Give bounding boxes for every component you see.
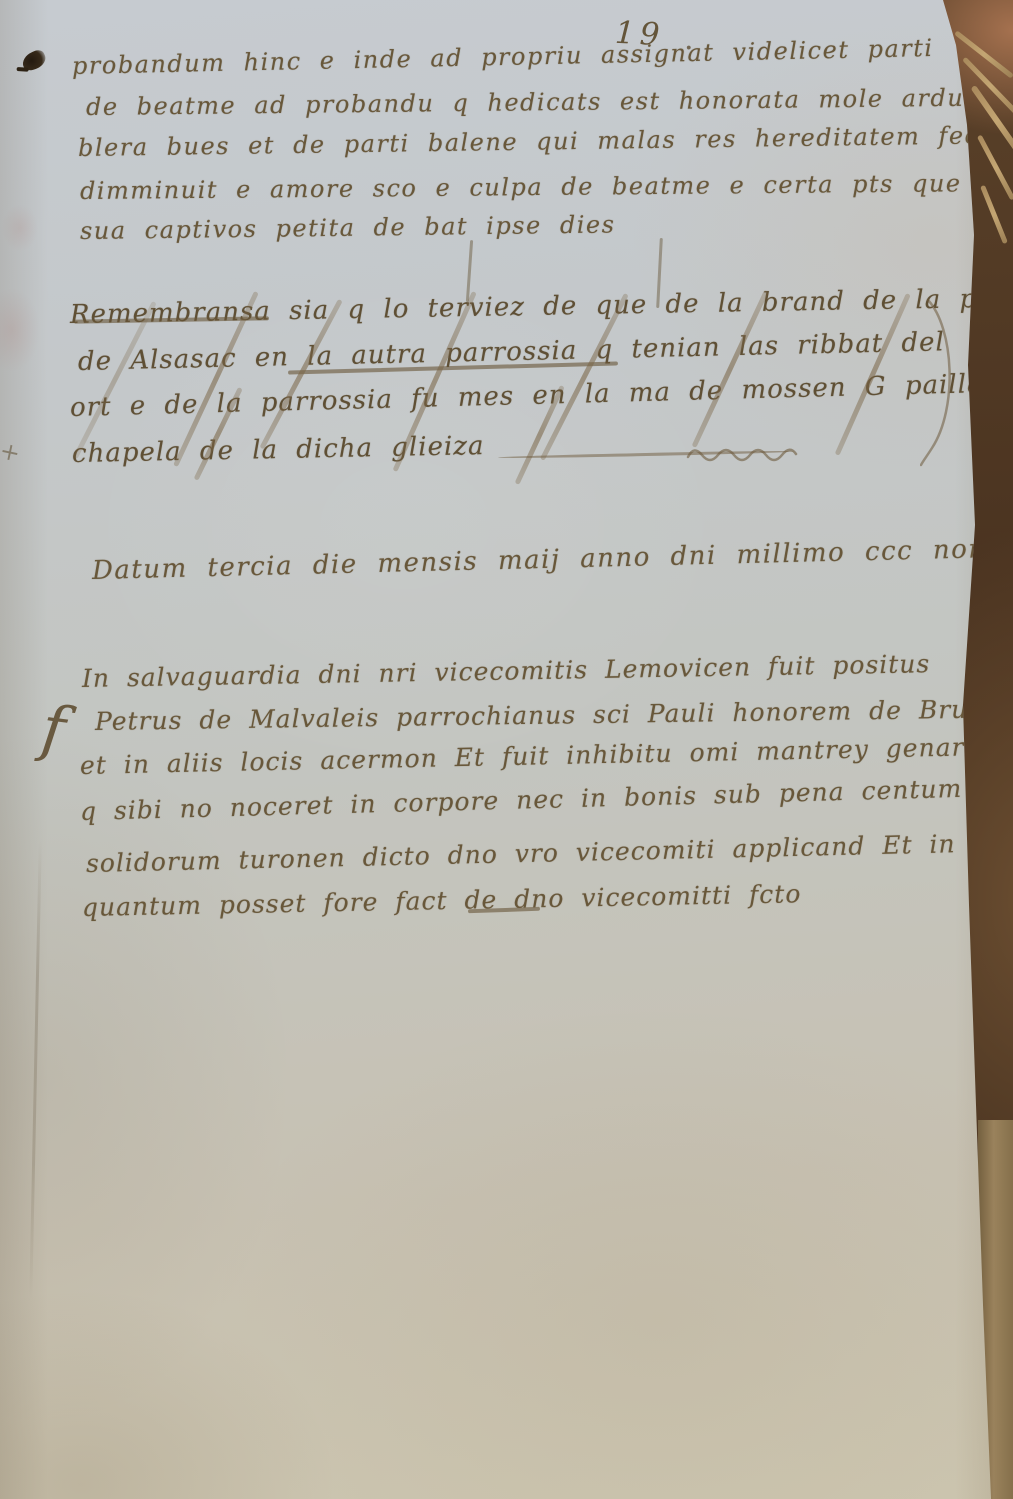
manuscript-line: de beatme ad probandu q hedicats est hon… [86, 83, 1013, 121]
manuscript-line: solidorum turonen dicto dno vro vicecomi… [86, 828, 1013, 878]
manuscript-page: 19 . + f probandum hinc e inde ad propri… [0, 0, 1013, 1499]
paper-crease [29, 840, 42, 1300]
manuscript-line: In salvaguardia dni nri vicecomitis Lemo… [82, 649, 931, 693]
manuscript-line: Petrus de Malvaleis parrochianus sci Pau… [95, 694, 1013, 736]
manuscript-line-cancelled: de Alsasac en la autra parrossia q tenia… [78, 327, 945, 377]
manuscript-line: quantum posset fore fact de dno vicecomi… [82, 879, 802, 922]
manuscript-line-cancelled: Remembransa sia q lo terviez de que de l… [70, 283, 1013, 330]
margin-mark-f: f [38, 691, 70, 766]
margin-cross-mark: + [0, 436, 23, 468]
manuscript-line: et in aliis locis acermon Et fuit inhibi… [80, 732, 982, 780]
ink-blot [20, 48, 49, 73]
manuscript-line: probandum hinc e inde ad propriu assigna… [72, 34, 934, 80]
manuscript-line: blera bues et de parti balene qui malas … [78, 121, 1000, 162]
manuscript-line: dimminuit e amore sco e culpa de beatme … [80, 169, 1013, 205]
vacat-squiggle [686, 442, 801, 466]
manuscript-photo: 19 . + f probandum hinc e inde ad propri… [0, 0, 1013, 1499]
date-line: Datum tercia die mensis maij anno dni mi… [92, 534, 1004, 586]
manuscript-line-cancelled: chapela de la dicha glieiza [72, 431, 485, 469]
cancellation-bracket [920, 298, 962, 470]
manuscript-line: sua captivos petita de bat ipse dies [80, 210, 616, 245]
manuscript-line: q sibi no noceret in corpore nec in boni… [80, 774, 963, 826]
